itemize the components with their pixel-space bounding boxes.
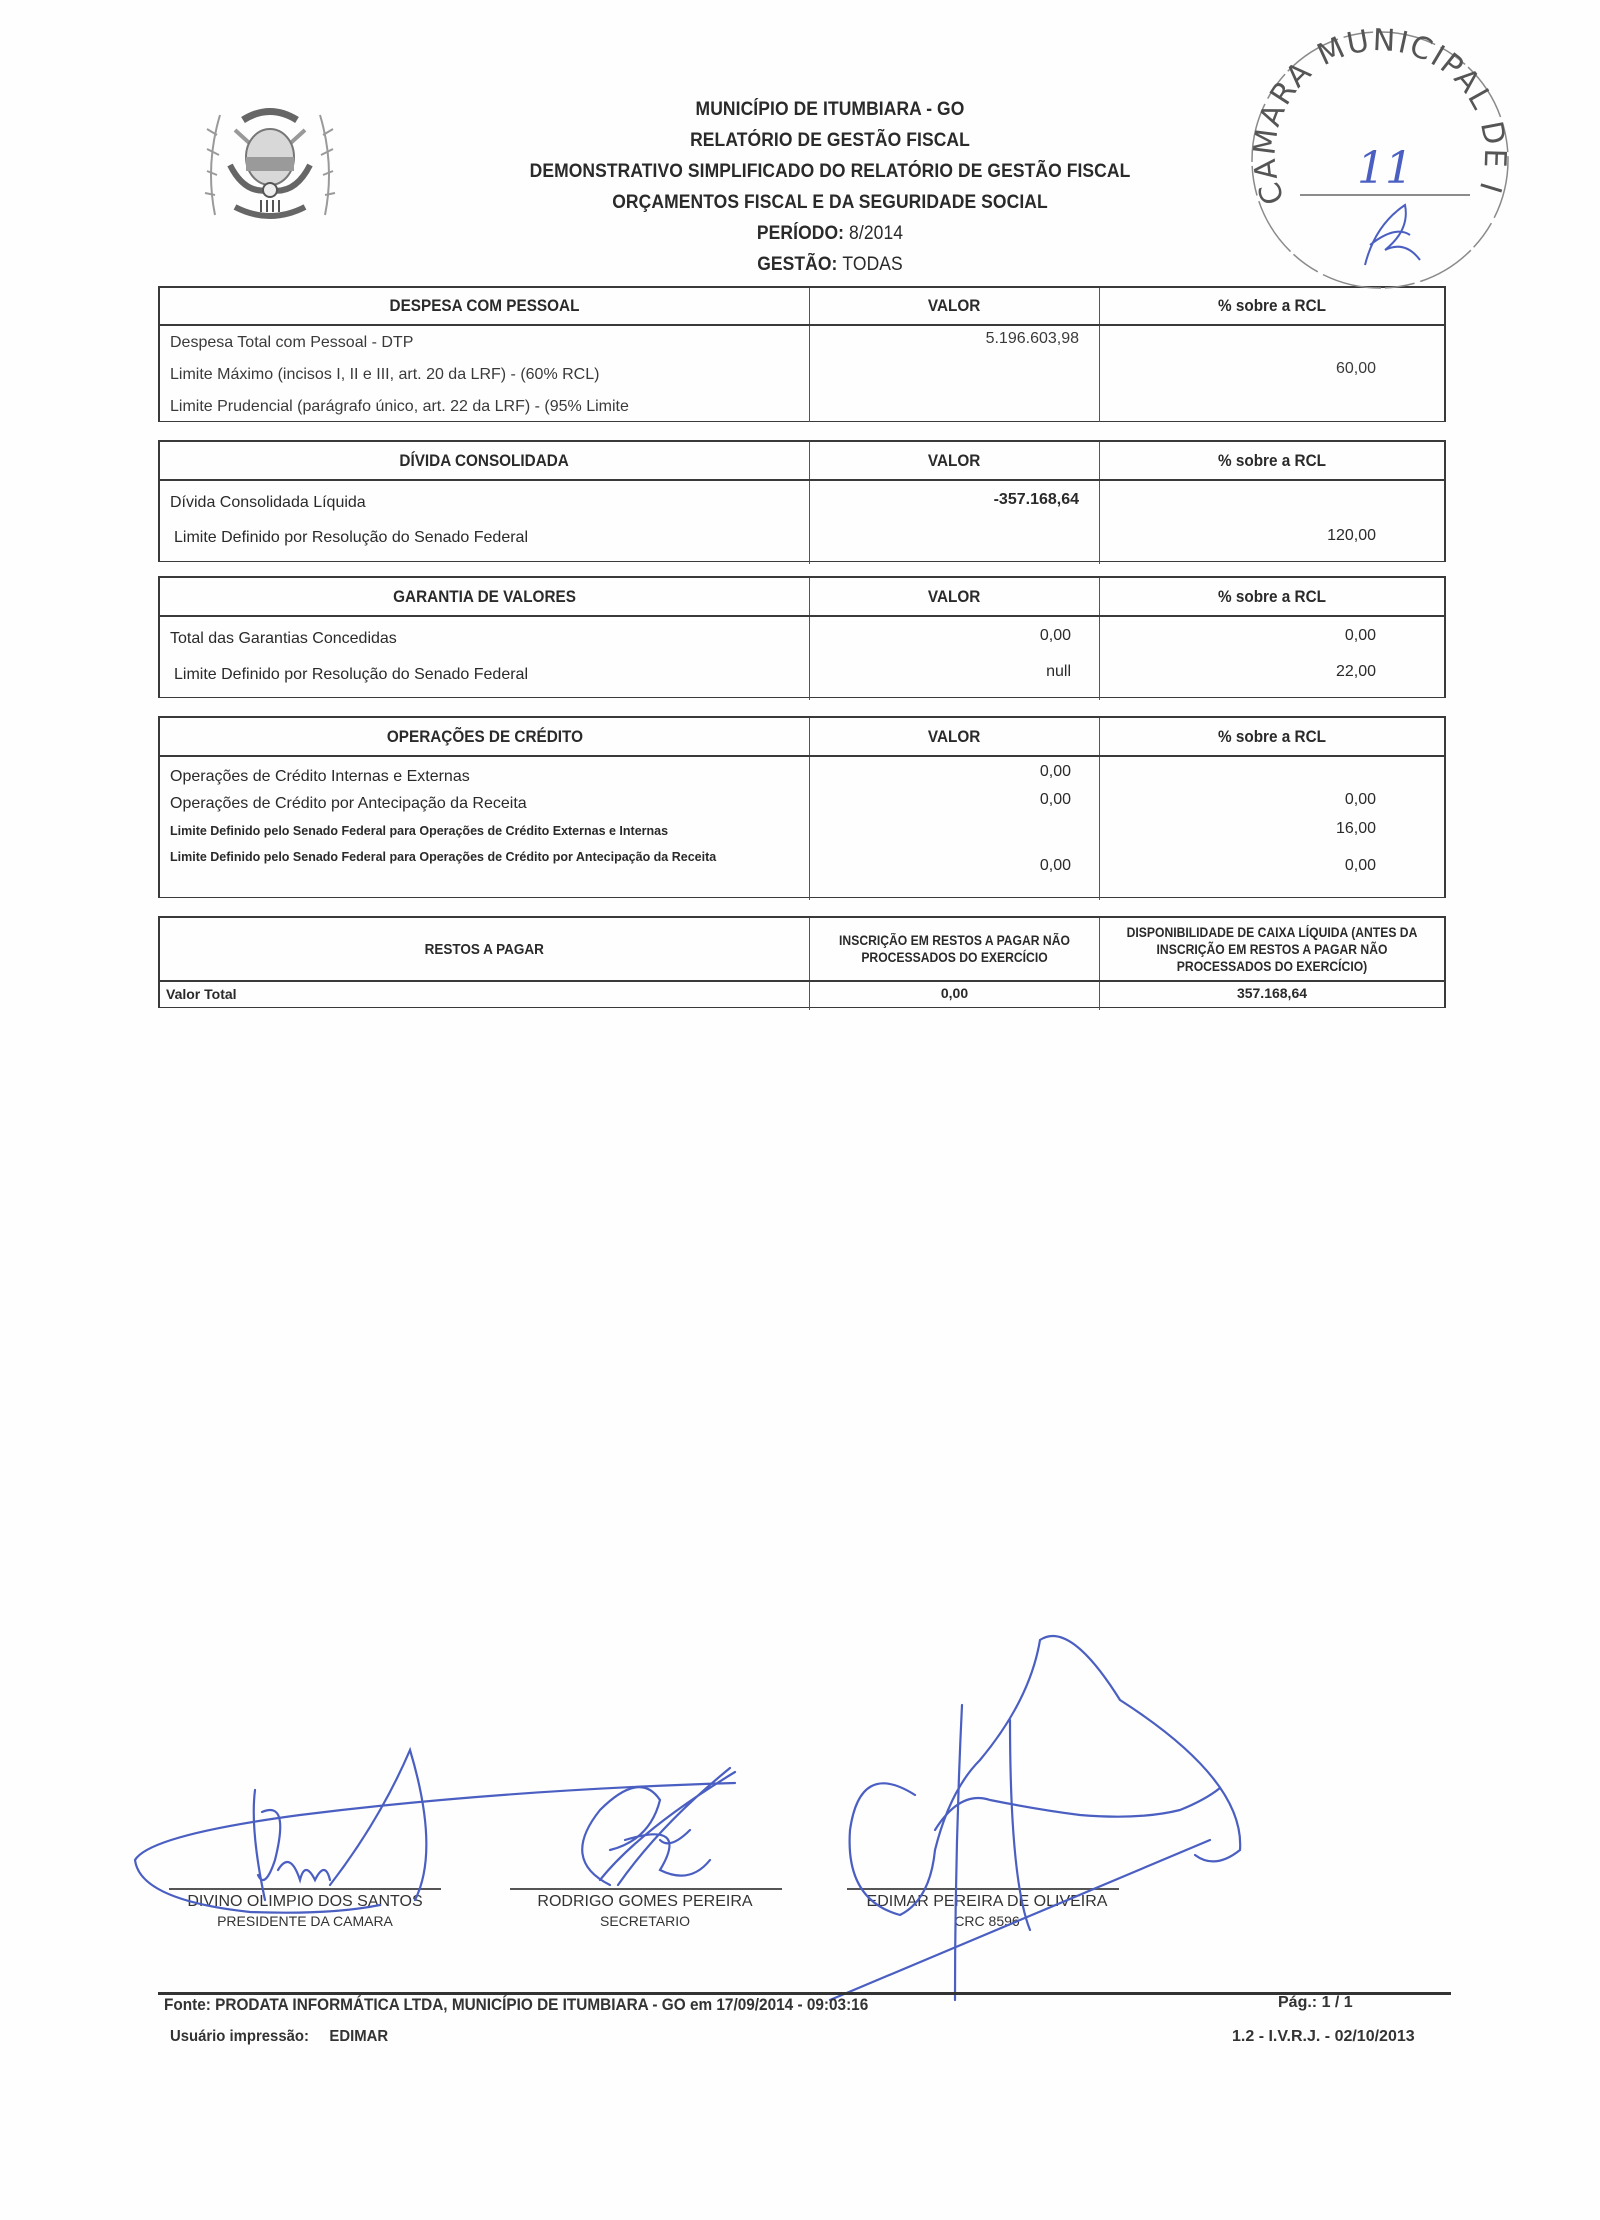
col-header: DESPESA COM PESSOAL bbox=[160, 288, 810, 324]
table-cell-valor: null bbox=[810, 663, 1099, 681]
col-header: % sobre a RCL bbox=[1100, 442, 1444, 479]
table-row-label: Valor Total bbox=[156, 986, 809, 1002]
management: GESTÃO: TODAS bbox=[434, 249, 1225, 280]
table-cell-valor: 0,00 bbox=[810, 627, 1099, 645]
table-row-label: Operações de Crédito Internas e Externas bbox=[160, 768, 809, 786]
table-row-label: Limite Definido por Resolução do Senado … bbox=[160, 529, 809, 547]
table-cell-valor: 5.196.603,98 bbox=[810, 330, 1099, 348]
col-header: INSCRIÇÃO EM RESTOS A PAGAR NÃO PROCESSA… bbox=[810, 918, 1100, 980]
col-header: DISPONIBILIDADE DE CAIXA LÍQUIDA (ANTES … bbox=[1100, 918, 1444, 980]
table-cell-disponibilidade: 357.168,64 bbox=[1100, 985, 1444, 1001]
table-cell-pct: 0,00 bbox=[1100, 857, 1444, 875]
table-restos-pagar: RESTOS A PAGAR INSCRIÇÃO EM RESTOS A PAG… bbox=[158, 916, 1446, 1008]
table-despesa-pessoal: DESPESA COM PESSOAL VALOR % sobre a RCL … bbox=[158, 286, 1446, 422]
col-header: VALOR bbox=[810, 288, 1100, 324]
table-row-label: Total das Garantias Concedidas bbox=[160, 630, 809, 648]
table-garantia-valores: GARANTIA DE VALORES VALOR % sobre a RCL … bbox=[158, 576, 1446, 698]
table-cell-valor: 0,00 bbox=[810, 791, 1099, 809]
signatory-title: SECRETARIO bbox=[490, 1913, 800, 1929]
col-header: % sobre a RCL bbox=[1100, 578, 1444, 615]
table-row-label: Limite Definido pelo Senado Federal para… bbox=[160, 823, 809, 839]
signature-line bbox=[510, 1888, 782, 1890]
page-number: Pág.: 1 / 1 bbox=[1278, 1994, 1353, 2012]
footer-rule bbox=[158, 1992, 1451, 1995]
table-cell-valor: 0,00 bbox=[810, 763, 1099, 781]
table-row-label: Limite Prudencial (parágrafo único, art.… bbox=[160, 398, 809, 416]
footer-user: Usuário impressão:EDIMAR bbox=[170, 2028, 388, 2046]
signatory-name: DIVINO OLIMPIO DOS SANTOS bbox=[150, 1893, 460, 1911]
management-value: TODAS bbox=[842, 254, 902, 275]
footer-source: Fonte: PRODATA INFORMÁTICA LTDA, MUNICÍP… bbox=[164, 1996, 868, 2015]
col-header: OPERAÇÕES DE CRÉDITO bbox=[160, 718, 810, 755]
report-title: RELATÓRIO DE GESTÃO FISCAL bbox=[434, 125, 1225, 156]
management-label: GESTÃO: bbox=[757, 254, 837, 275]
table-operacoes-credito: OPERAÇÕES DE CRÉDITO VALOR % sobre a RCL… bbox=[158, 716, 1446, 898]
table-cell-valor: -357.168,64 bbox=[810, 491, 1099, 509]
period: PERÍODO: 8/2014 bbox=[434, 218, 1225, 249]
table-row-label: Limite Definido pelo Senado Federal para… bbox=[160, 849, 730, 865]
table-row-label: Limite Máximo (incisos I, II e III, art.… bbox=[160, 366, 809, 384]
budget-scope: ORÇAMENTOS FISCAL E DA SEGURIDADE SOCIAL bbox=[434, 187, 1225, 218]
col-header: VALOR bbox=[810, 442, 1100, 479]
municipal-crest-icon bbox=[195, 95, 345, 225]
col-header: VALOR bbox=[810, 718, 1100, 755]
table-divida-consolidada: DÍVIDA CONSOLIDADA VALOR % sobre a RCL D… bbox=[158, 440, 1446, 562]
col-header: RESTOS A PAGAR bbox=[160, 918, 810, 980]
period-label: PERÍODO: bbox=[757, 223, 844, 244]
signature-line bbox=[847, 1888, 1119, 1890]
table-row-label: Operações de Crédito por Antecipação da … bbox=[160, 795, 809, 813]
footer-user-value: EDIMAR bbox=[329, 2028, 388, 2045]
table-cell-pct: 0,00 bbox=[1100, 791, 1444, 809]
municipality-title: MUNICÍPIO DE ITUMBIARA - GO bbox=[434, 94, 1225, 125]
period-value: 8/2014 bbox=[849, 223, 903, 244]
table-row-label: Despesa Total com Pessoal - DTP bbox=[160, 334, 809, 352]
col-header: DÍVIDA CONSOLIDADA bbox=[160, 442, 810, 479]
report-subtitle: DEMONSTRATIVO SIMPLIFICADO DO RELATÓRIO … bbox=[434, 156, 1225, 187]
col-header: VALOR bbox=[810, 578, 1100, 615]
col-header: GARANTIA DE VALORES bbox=[160, 578, 810, 615]
stamp-page-number: 11 bbox=[1357, 143, 1413, 194]
table-row-label: Limite Definido por Resolução do Senado … bbox=[160, 666, 809, 684]
table-cell-pct: 22,00 bbox=[1100, 663, 1444, 681]
table-cell-valor: 0,00 bbox=[810, 985, 1099, 1001]
camara-stamp-icon: CAMARA MUNICIPAL DE ITUMBIARA 11 bbox=[1245, 25, 1515, 295]
table-cell-valor: 0,00 bbox=[810, 857, 1099, 875]
table-cell-pct: 120,00 bbox=[1100, 527, 1444, 545]
col-header: % sobre a RCL bbox=[1100, 718, 1444, 755]
table-cell-pct: 0,00 bbox=[1100, 627, 1444, 645]
signatory-title: CRC 8596 bbox=[832, 1913, 1142, 1929]
report-header: MUNICÍPIO DE ITUMBIARA - GO RELATÓRIO DE… bbox=[400, 94, 1260, 280]
table-cell-pct: 16,00 bbox=[1100, 820, 1444, 838]
table-cell-pct: 60,00 bbox=[1100, 360, 1444, 378]
signatory-title: PRESIDENTE DA CAMARA bbox=[150, 1913, 460, 1929]
footer-user-label: Usuário impressão: bbox=[170, 2028, 309, 2045]
signatory-name: RODRIGO GOMES PEREIRA bbox=[490, 1893, 800, 1911]
signature-line bbox=[169, 1888, 441, 1890]
signatory-name: EDIMAR PEREIRA DE OLIVEIRA bbox=[832, 1893, 1142, 1911]
report-version: 1.2 - I.V.R.J. - 02/10/2013 bbox=[1232, 2028, 1415, 2046]
table-row-label: Dívida Consolidada Líquida bbox=[160, 494, 809, 512]
